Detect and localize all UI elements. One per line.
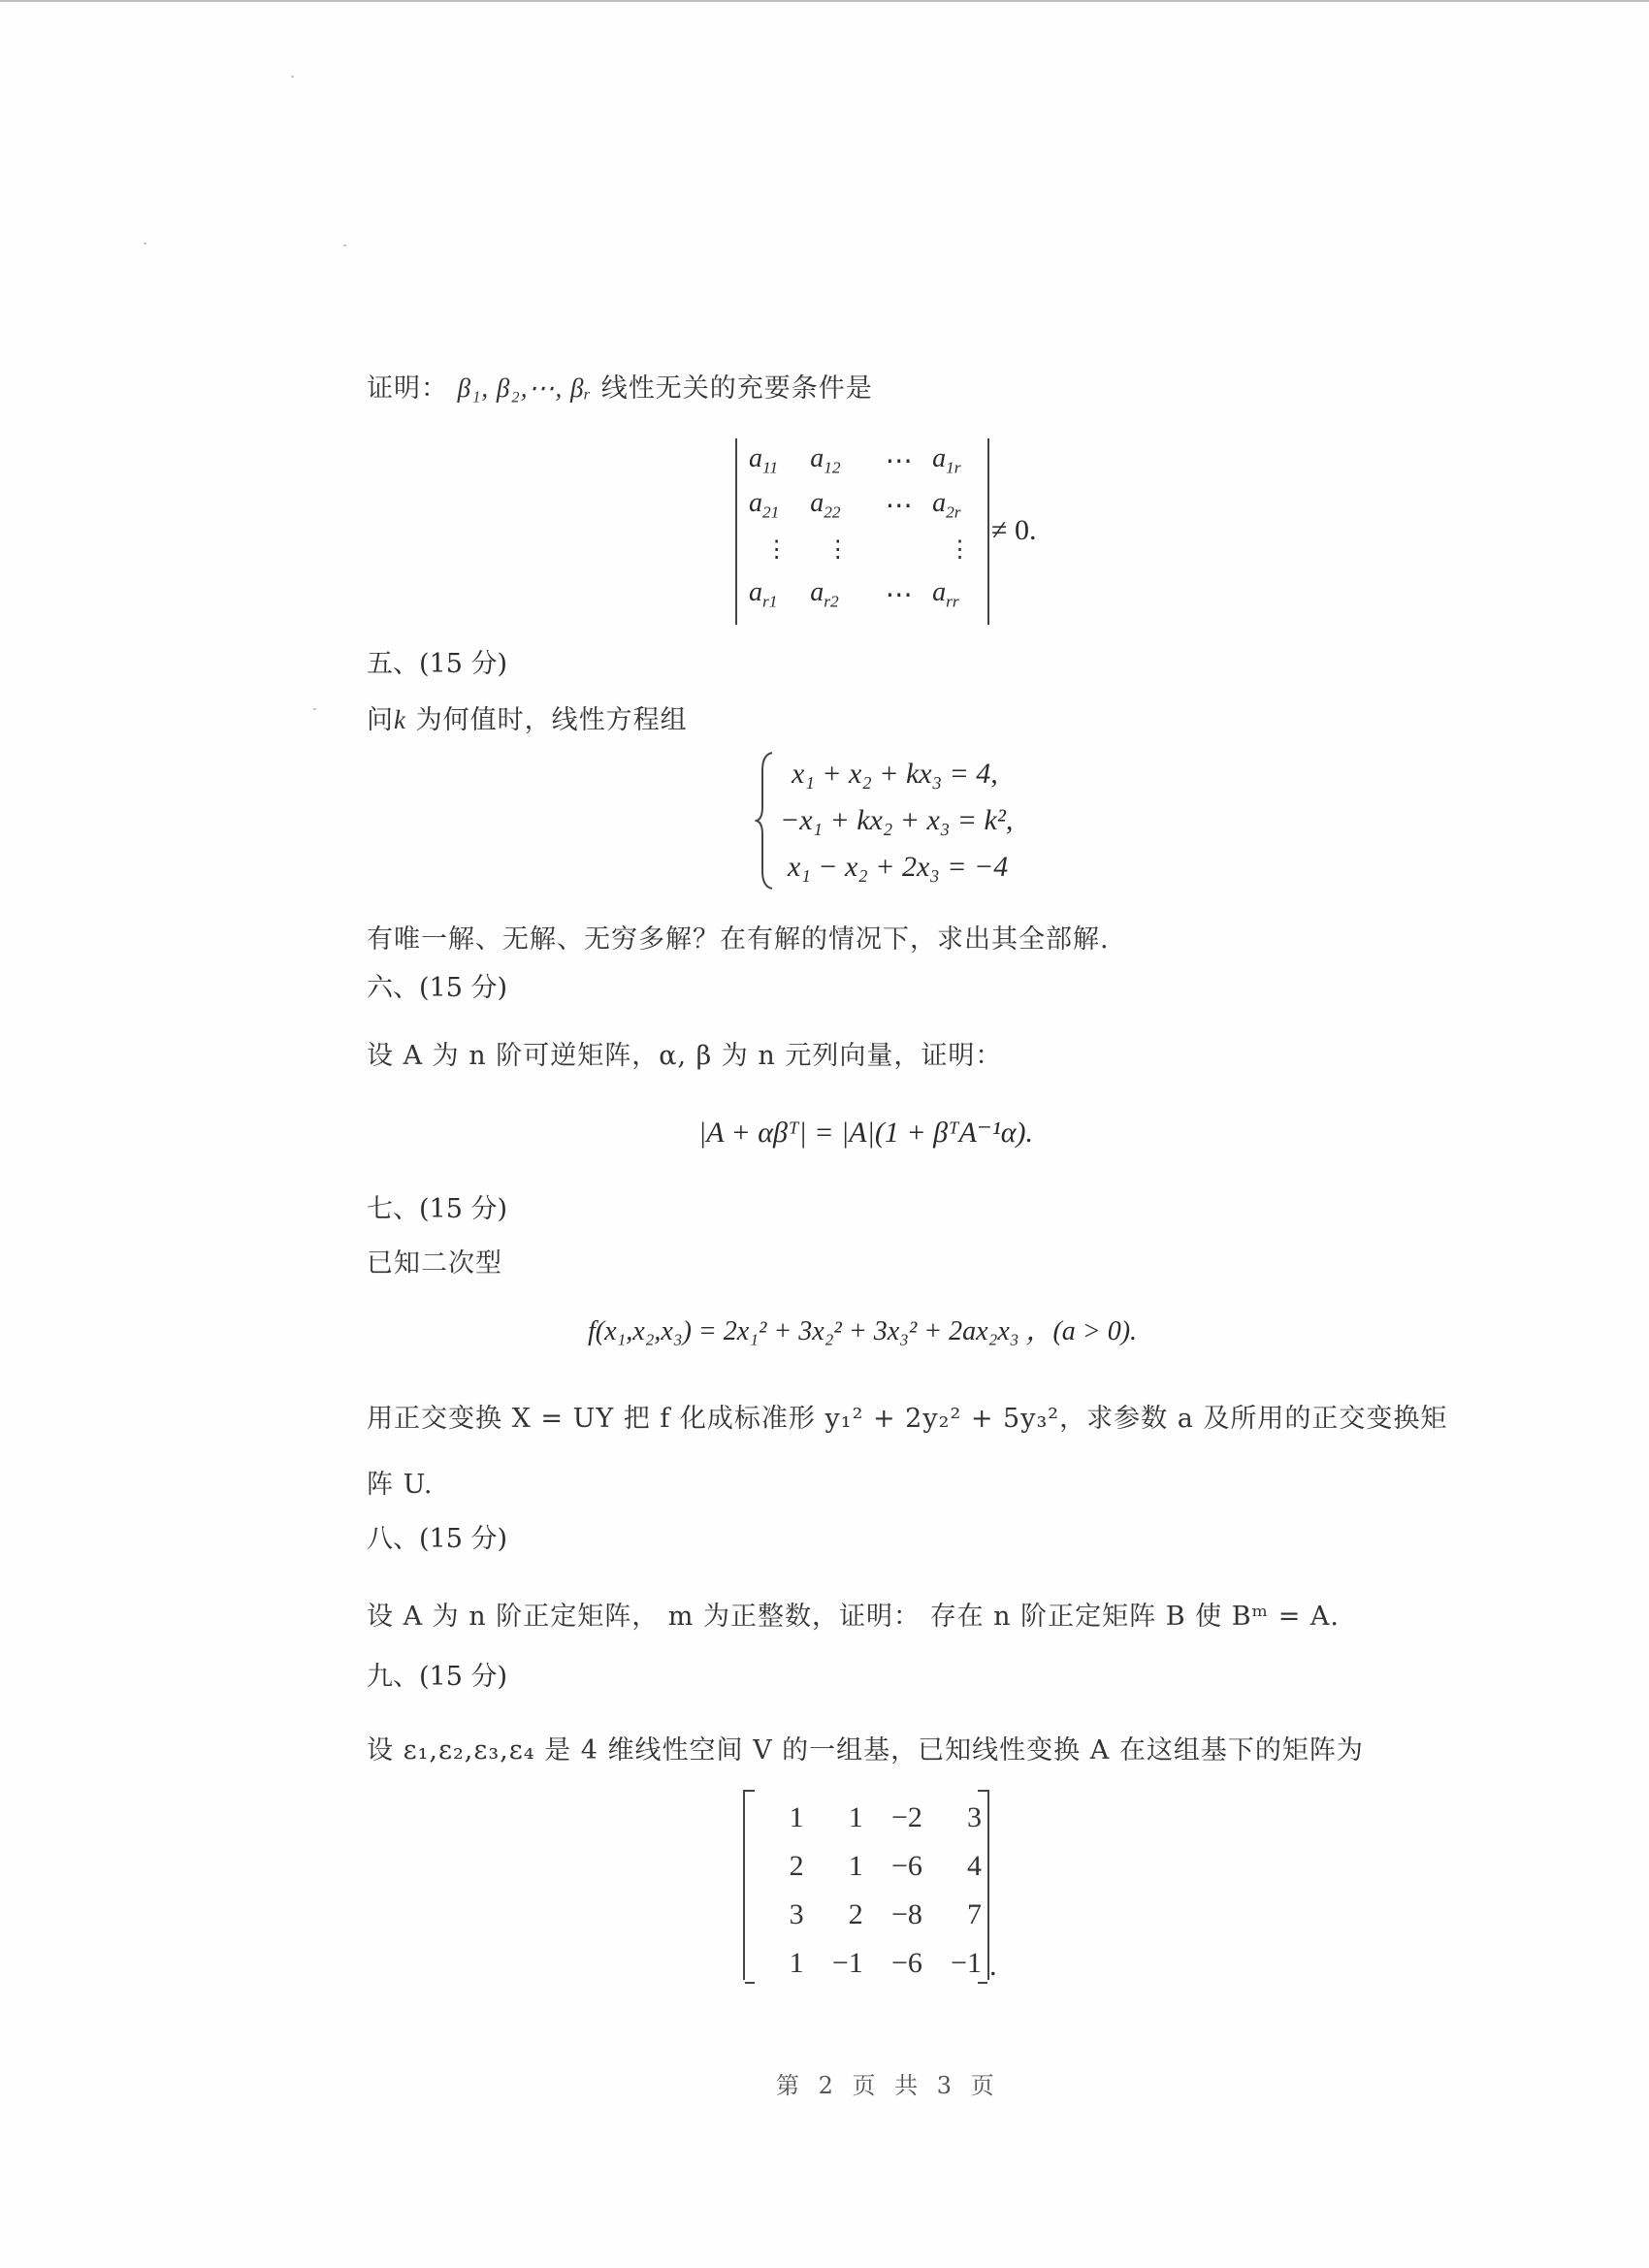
q4-statement: 证明： β₁, β₂,⋯, βᵣ 线性无关的充要条件是 bbox=[367, 367, 873, 405]
scan-edge bbox=[0, 0, 1649, 2]
det-cell: a22 bbox=[804, 483, 865, 528]
matrix-cell: 3 bbox=[928, 1794, 987, 1842]
scan-speck bbox=[144, 243, 146, 244]
prompt-text: 问 bbox=[367, 705, 394, 735]
det-cell: a21 bbox=[743, 483, 804, 528]
matrix-period: . bbox=[989, 1950, 997, 1983]
beta-vectors: β₁, β₂,⋯, βᵣ bbox=[458, 373, 593, 403]
equation-2: −x₁ + kx₂ + x₃ = k², bbox=[780, 797, 1013, 844]
det-cell: ⋯ bbox=[865, 438, 926, 483]
det-cell: a2r bbox=[926, 483, 987, 528]
matrix-cell: 1 bbox=[753, 1794, 810, 1842]
matrix-cell: −6 bbox=[869, 1842, 928, 1891]
q9-heading: 九、(15 分) bbox=[367, 1655, 507, 1693]
q7-formula: f(x₁,x₂,x₃) = 2x₁² + 3x₂² + 3x₃² + 2ax₂x… bbox=[588, 1310, 1137, 1348]
q8-statement: 设 A 为 n 阶正定矩阵， m 为正整数，证明： 存在 n 阶正定矩阵 B 使… bbox=[367, 1595, 1340, 1633]
matrix-cell: 1 bbox=[753, 1939, 810, 1988]
scan-speck bbox=[313, 708, 316, 710]
det-cell: ⋮ bbox=[926, 528, 987, 572]
det-cell: a11 bbox=[743, 438, 804, 483]
det-cell: ⋯ bbox=[865, 572, 926, 617]
det-cell bbox=[865, 528, 926, 572]
proof-prefix: 证明： bbox=[367, 373, 448, 404]
q7-task-line-2: 阵 U. bbox=[367, 1463, 433, 1501]
det-cell: a1r bbox=[926, 438, 987, 483]
matrix-cell: 3 bbox=[753, 1891, 810, 1939]
det-cell: ⋮ bbox=[804, 528, 865, 572]
q7-task-line-1: 用正交变换 X = UY 把 f 化成标准形 y₁² + 2y₂² + 5y₃²… bbox=[367, 1397, 1447, 1435]
q5-prompt: 问k 为何值时，线性方程组 bbox=[367, 698, 688, 736]
det-cell: ar2 bbox=[804, 572, 865, 617]
matrix-cell: 2 bbox=[810, 1891, 869, 1939]
determinant: a11 a12 ⋯ a1r a21 a22 ⋯ a2r ⋮ ⋮ ⋮ ar1 ar… bbox=[735, 438, 989, 625]
q5-heading: 五、(15 分) bbox=[367, 642, 507, 680]
det-cell: a12 bbox=[804, 438, 865, 483]
matrix-cell: 4 bbox=[928, 1842, 987, 1891]
matrix-cell: −6 bbox=[869, 1939, 928, 1988]
scan-speck bbox=[343, 244, 346, 246]
matrix-cell: −2 bbox=[869, 1794, 928, 1842]
q9-statement: 设 ε₁,ε₂,ε₃,ε₄ 是 4 维线性空间 V 的一组基，已知线性变换 A … bbox=[367, 1729, 1364, 1766]
matrix-cell: −1 bbox=[928, 1939, 987, 1988]
det-cell: ar1 bbox=[743, 572, 804, 617]
q6-heading: 六、(15 分) bbox=[367, 966, 507, 1004]
det-cell: ⋮ bbox=[743, 528, 804, 572]
q6-statement: 设 A 为 n 阶可逆矩阵，α, β 为 n 元列向量，证明： bbox=[367, 1034, 1002, 1072]
matrix-cell: 2 bbox=[753, 1842, 810, 1891]
prompt-text: 为何值时，线性方程组 bbox=[416, 705, 688, 735]
equation-1: x₁ + x₂ + kx₃ = 4, bbox=[780, 751, 1013, 797]
q8-heading: 八、(15 分) bbox=[367, 1517, 507, 1555]
det-cell: ⋯ bbox=[865, 483, 926, 528]
page-number: 第 2 页 共 3 页 bbox=[776, 2066, 1000, 2100]
q5-question: 有唯一解、无解、无穷多解？在有解的情况下，求出其全部解. bbox=[367, 918, 1110, 956]
transformation-matrix: 1 1 −2 3 2 1 −6 4 3 2 −8 7 1 −1 −6 −1 bbox=[743, 1790, 989, 1980]
not-equal-zero: ≠ 0. bbox=[991, 514, 1036, 547]
matrix-cell: 7 bbox=[928, 1891, 987, 1939]
equation-3: x₁ − x₂ + 2x₃ = −4 bbox=[780, 844, 1013, 891]
q6-formula: |A + αβᵀ| = |A|(1 + βᵀA⁻¹α). bbox=[698, 1116, 1033, 1150]
det-cell: arr bbox=[926, 572, 987, 617]
q7-heading: 七、(15 分) bbox=[367, 1187, 507, 1225]
matrix-cell: −1 bbox=[810, 1939, 869, 1988]
condition-text: 线性无关的充要条件是 bbox=[601, 373, 873, 404]
q7-statement: 已知二次型 bbox=[367, 1242, 502, 1280]
variable-k: k bbox=[394, 705, 406, 734]
left-brace-icon bbox=[755, 751, 776, 891]
matrix-cell: 1 bbox=[810, 1842, 869, 1891]
matrix-cell: −8 bbox=[869, 1891, 928, 1939]
matrix-cell: 1 bbox=[810, 1794, 869, 1842]
scan-speck bbox=[291, 76, 294, 78]
